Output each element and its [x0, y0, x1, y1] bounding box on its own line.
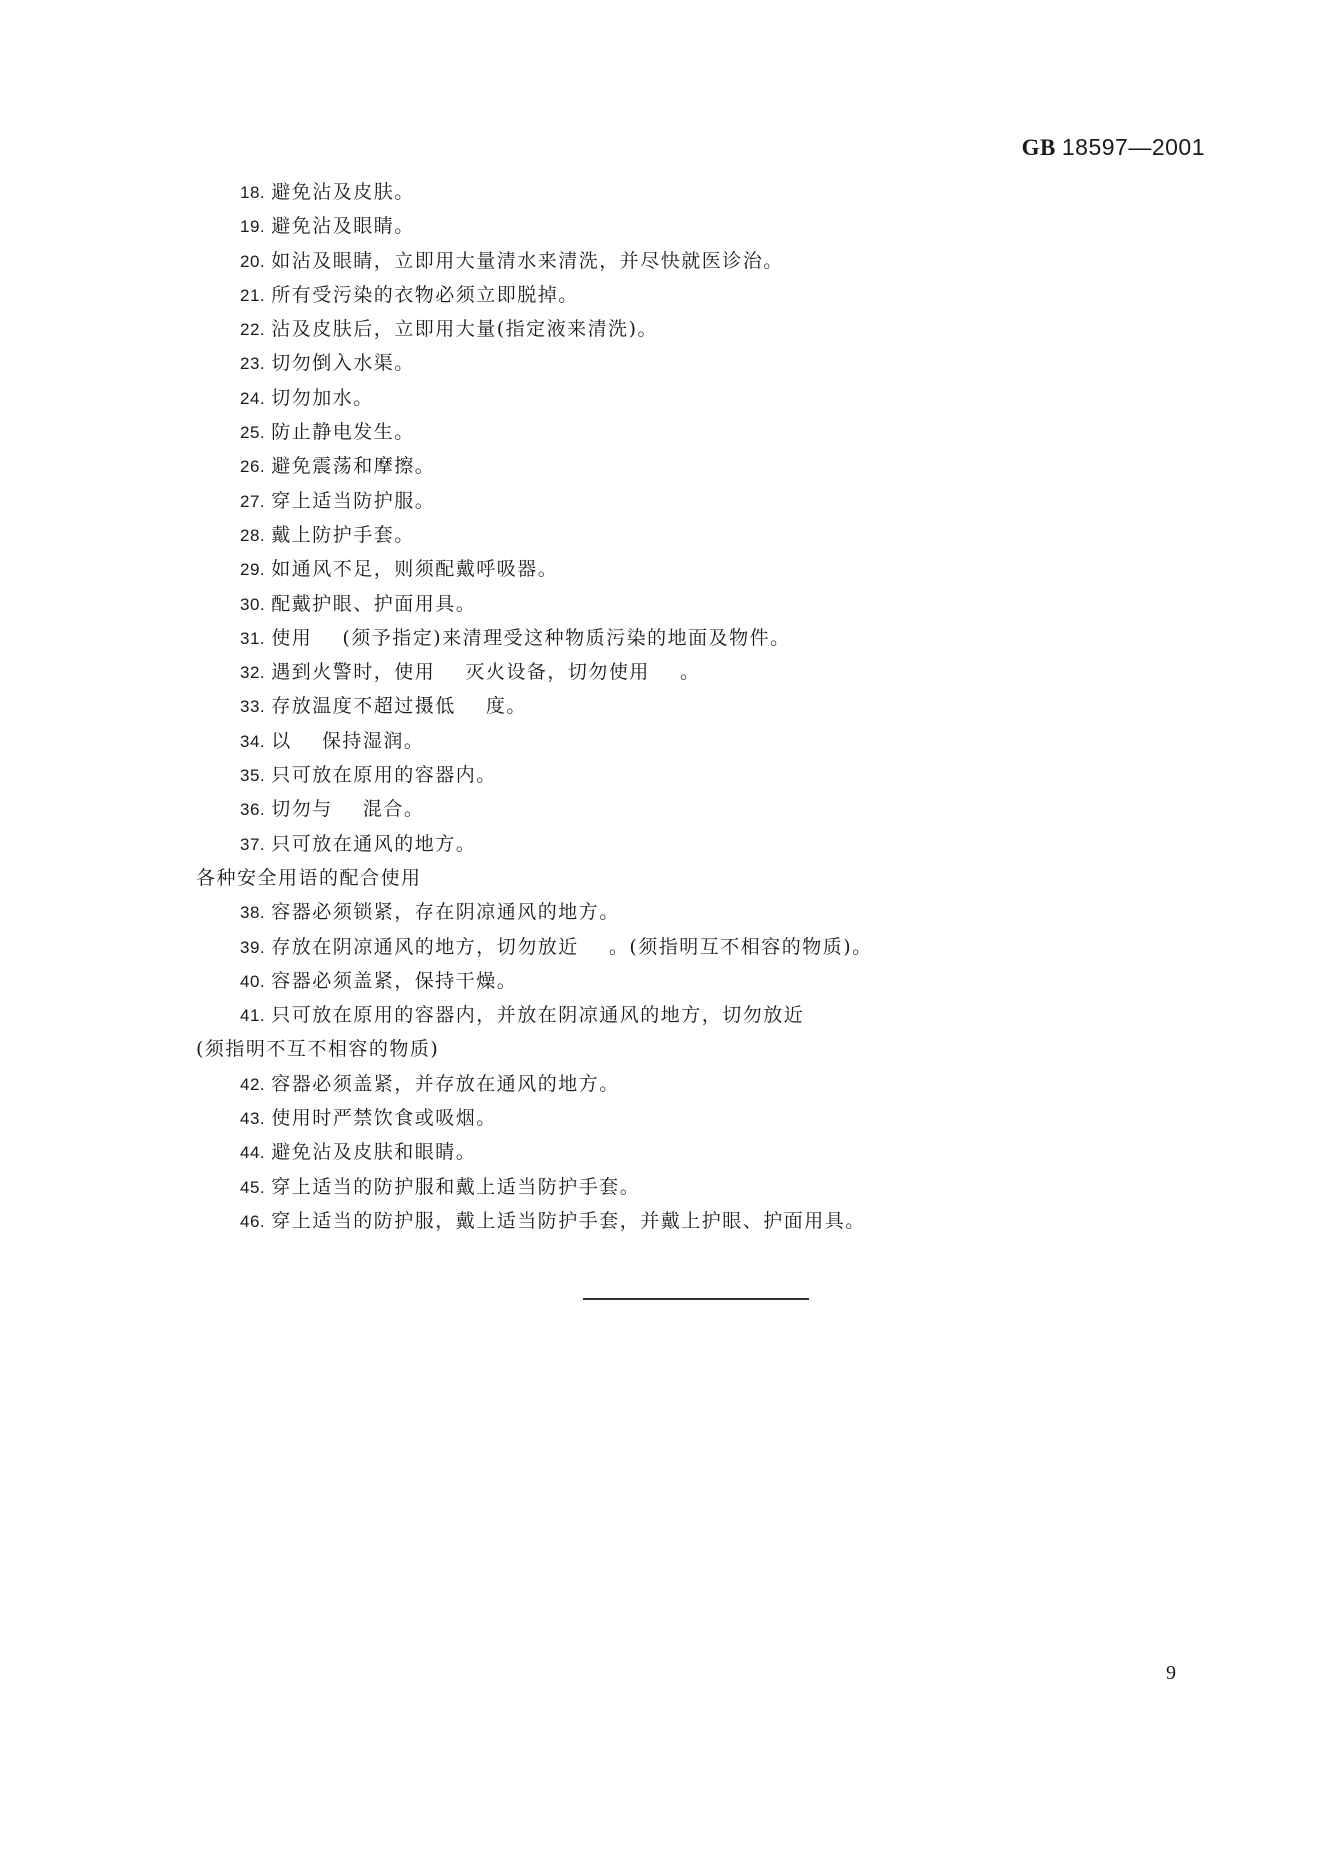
section-heading: 各种安全用语的配合使用: [196, 861, 1196, 895]
list-item: 31. 使用 (须予指定)来清理受这种物质污染的地面及物件。: [196, 621, 1196, 655]
list-item-continuation: (须指明不互不相容的物质): [196, 1032, 1196, 1066]
list-item: 26. 避免震荡和摩擦。: [196, 449, 1196, 483]
end-rule-divider: [583, 1298, 809, 1300]
list-item: 22. 沾及皮肤后，立即用大量(指定液来清洗)。: [196, 312, 1196, 346]
list-item: 46. 穿上适当的防护服，戴上适当防护手套，并戴上护眼、护面用具。: [196, 1204, 1196, 1238]
standard-number: 18597—2001: [1062, 134, 1205, 160]
list-item: 42. 容器必须盖紧，并存放在通风的地方。: [196, 1067, 1196, 1101]
list-item: 24. 切勿加水。: [196, 381, 1196, 415]
list-item: 20. 如沾及眼睛，立即用大量清水来清洗，并尽快就医诊治。: [196, 244, 1196, 278]
list-item: 18. 避免沾及皮肤。: [196, 175, 1196, 209]
list-item: 37. 只可放在通风的地方。: [196, 827, 1196, 861]
list-item: 28. 戴上防护手套。: [196, 518, 1196, 552]
list-item: 27. 穿上适当防护服。: [196, 484, 1196, 518]
list-item: 40. 容器必须盖紧，保持干燥。: [196, 964, 1196, 998]
list-item: 33. 存放温度不超过摄低 度。: [196, 689, 1196, 723]
page-number: 9: [1166, 1662, 1176, 1685]
document-body: 18. 避免沾及皮肤。 19. 避免沾及眼睛。 20. 如沾及眼睛，立即用大量清…: [196, 175, 1196, 1238]
list-item: 43. 使用时严禁饮食或吸烟。: [196, 1101, 1196, 1135]
list-item: 35. 只可放在原用的容器内。: [196, 758, 1196, 792]
list-item: 34. 以 保持湿润。: [196, 724, 1196, 758]
list-item: 25. 防止静电发生。: [196, 415, 1196, 449]
list-item: 21. 所有受污染的衣物必须立即脱掉。: [196, 278, 1196, 312]
list-item: 19. 避免沾及眼睛。: [196, 209, 1196, 243]
list-item: 44. 避免沾及皮肤和眼睛。: [196, 1135, 1196, 1169]
document-header: GB18597—2001: [1022, 134, 1205, 161]
list-item: 41. 只可放在原用的容器内，并放在阴凉通风的地方，切勿放近: [196, 998, 1196, 1032]
list-item: 29. 如通风不足，则须配戴呼吸器。: [196, 552, 1196, 586]
list-item: 39. 存放在阴凉通风的地方，切勿放近 。(须指明互不相容的物质)。: [196, 930, 1196, 964]
list-item: 36. 切勿与 混合。: [196, 792, 1196, 826]
list-item: 23. 切勿倒入水渠。: [196, 346, 1196, 380]
list-item: 30. 配戴护眼、护面用具。: [196, 587, 1196, 621]
list-item: 45. 穿上适当的防护服和戴上适当防护手套。: [196, 1170, 1196, 1204]
list-item: 38. 容器必须锁紧，存在阴凉通风的地方。: [196, 895, 1196, 929]
standard-prefix: GB: [1022, 135, 1056, 160]
list-item: 32. 遇到火警时，使用 灭火设备，切勿使用 。: [196, 655, 1196, 689]
